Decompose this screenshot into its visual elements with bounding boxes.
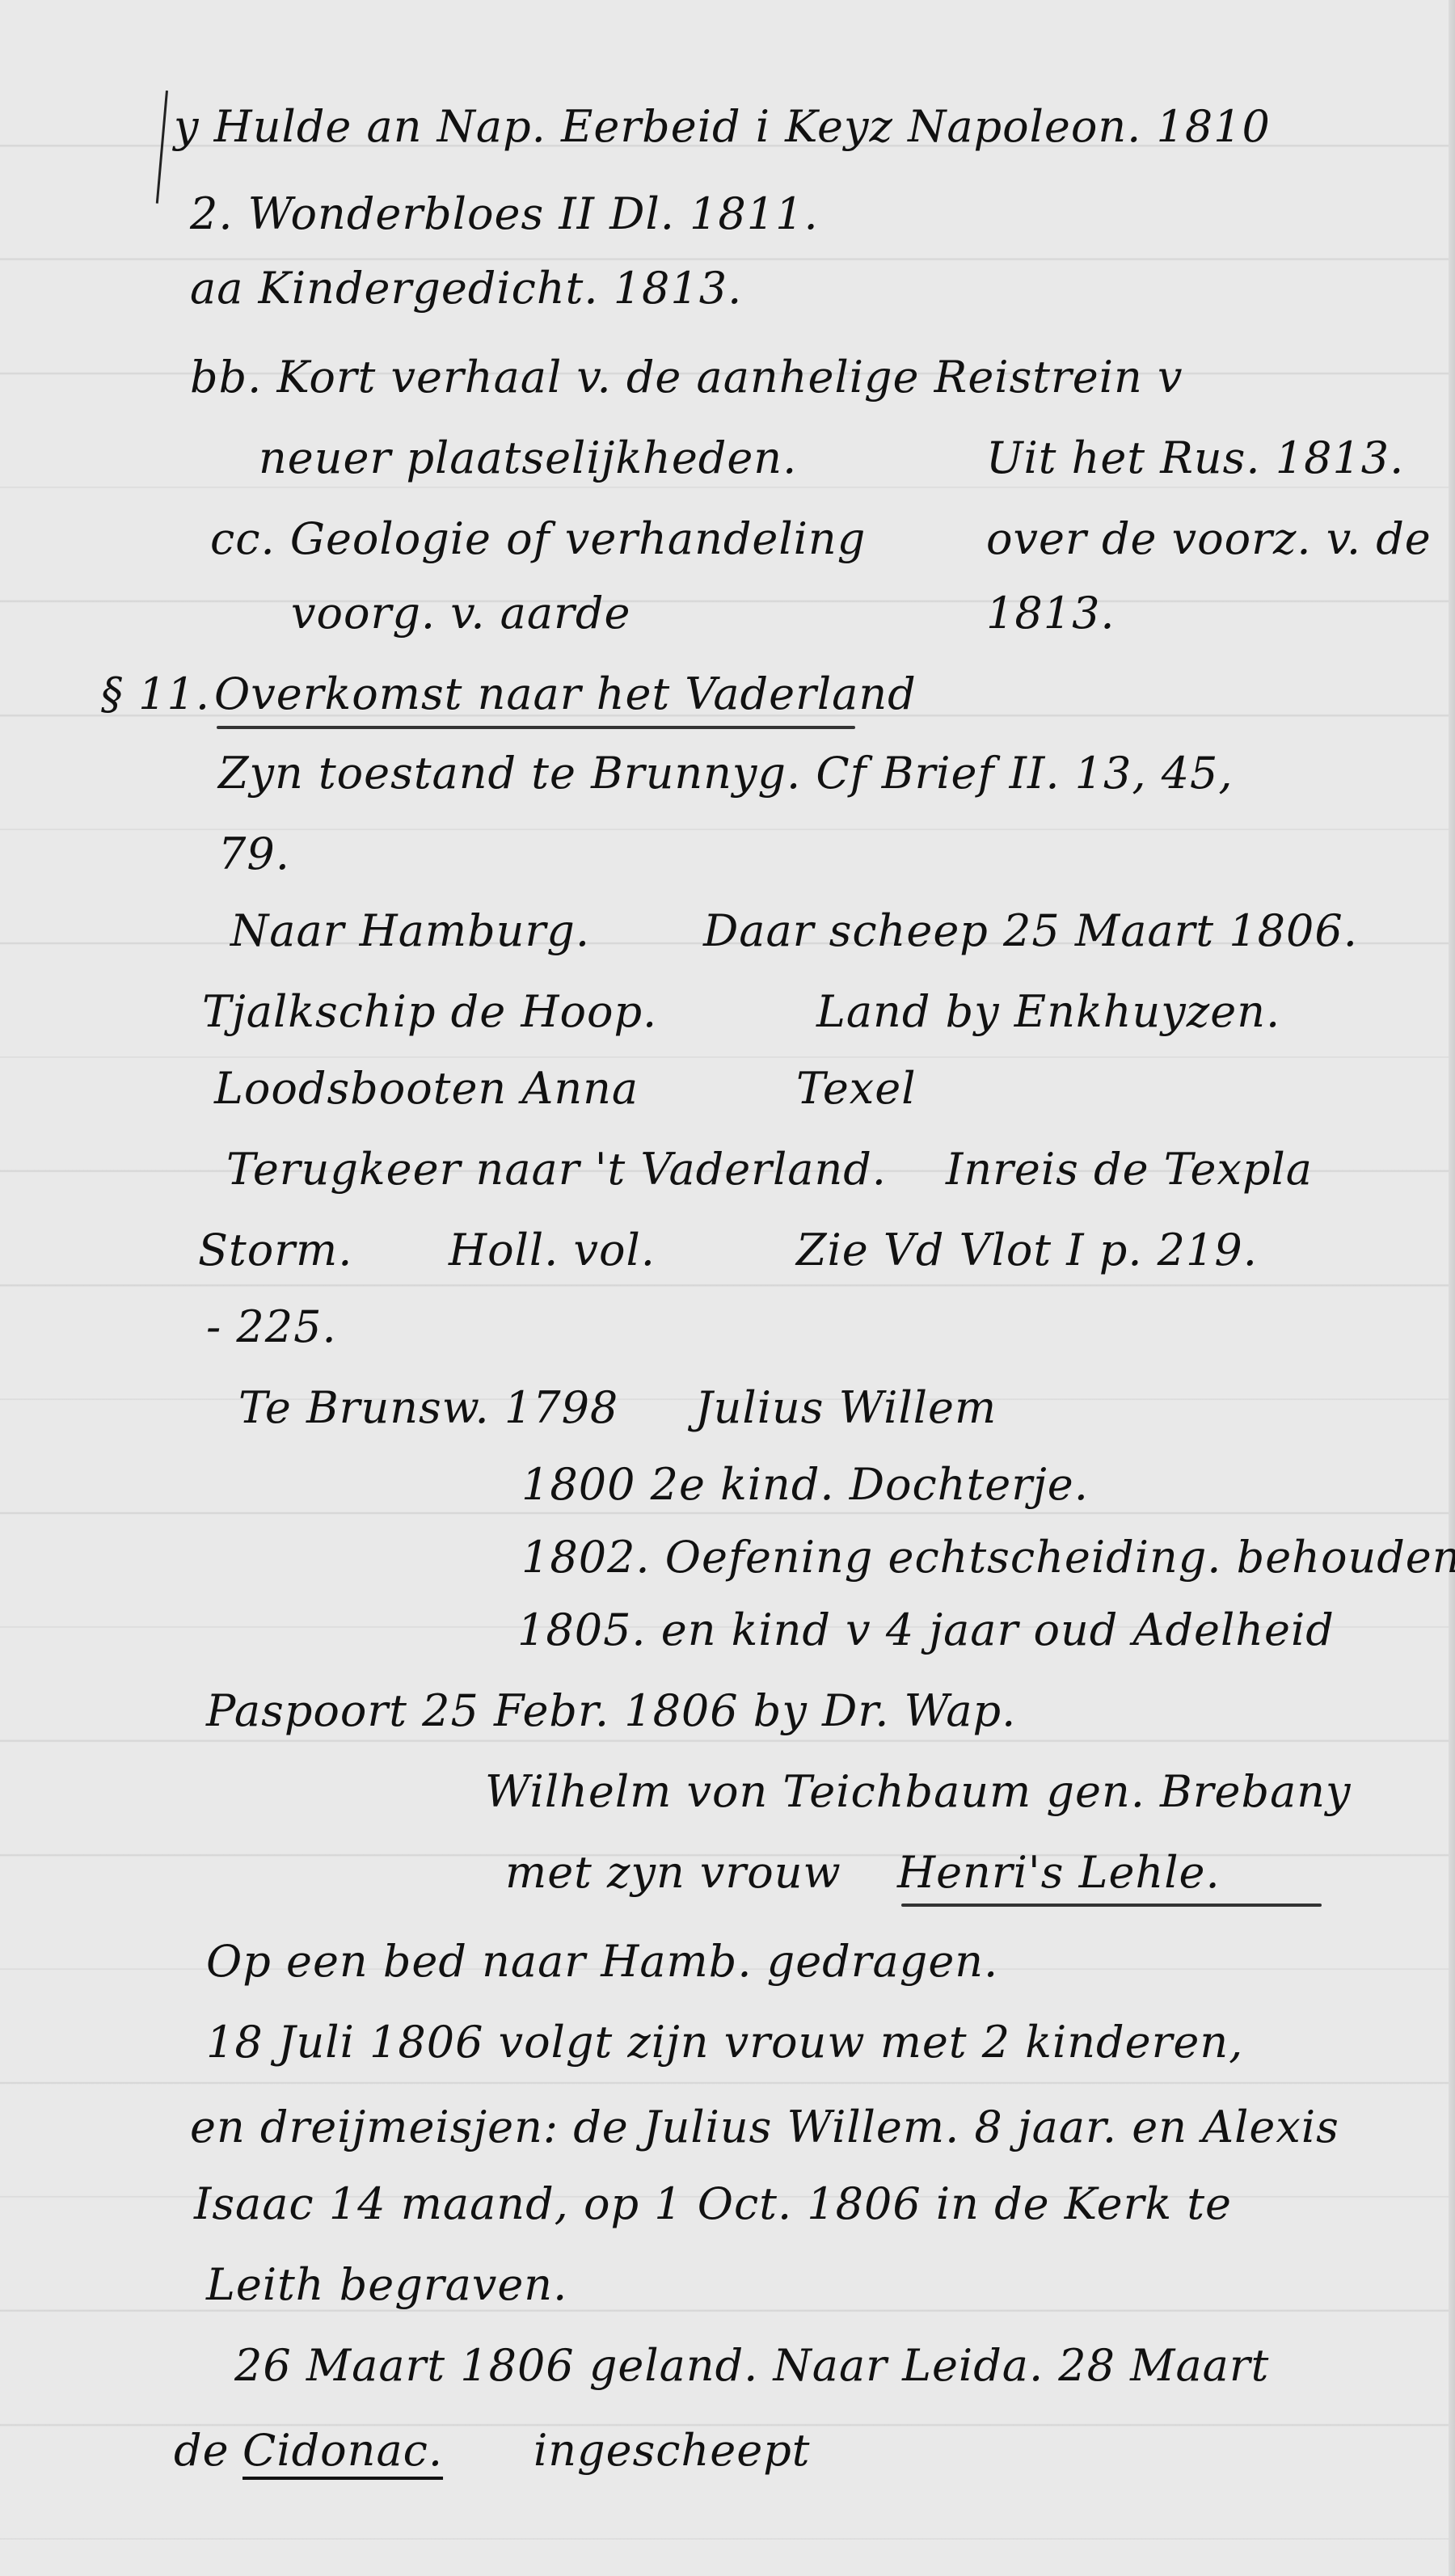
section-marker: § 11. <box>101 672 210 716</box>
manuscript-line: ingescheept <box>533 2429 811 2473</box>
manuscript-line: Cidonac. <box>242 2429 443 2473</box>
manuscript-line: 1800 2e kind. Dochterje. <box>521 1463 1089 1507</box>
manuscript-line: 1802. Oefening echtscheiding. behouden <box>521 1536 1455 1579</box>
manuscript-line: Paspoort 25 Febr. 1806 by Dr. Wap. <box>206 1689 1016 1733</box>
manuscript-line: Julius Willem <box>695 1386 997 1430</box>
manuscript-line: Isaac 14 maand, op 1 Oct. 1806 in de Ker… <box>194 2182 1232 2226</box>
margin-bracket <box>156 91 168 204</box>
manuscript-line: Holl. vol. <box>449 1229 656 1272</box>
manuscript-line: 1813. <box>986 592 1115 635</box>
manuscript-line: met zyn vrouw <box>505 1851 841 1895</box>
manuscript-line: Zyn toestand te Brunnyg. Cf Brief II. 13… <box>218 752 1234 795</box>
manuscript-line: Naar Hamburg. <box>230 909 590 953</box>
manuscript-line: Uit het Rus. 1813. <box>986 436 1404 480</box>
manuscript-line: aa Kindergedicht. 1813. <box>190 267 742 310</box>
manuscript-line: bb. Kort verhaal v. de aanhelige Reistre… <box>190 356 1183 399</box>
manuscript-line: Inreis de Texpla <box>946 1148 1313 1191</box>
manuscript-line: Loodsbooten Anna <box>214 1067 639 1111</box>
manuscript-line: Daar scheep 25 Maart 1806. <box>703 909 1358 953</box>
manuscript-line: Op een bed naar Hamb. gedragen. <box>206 1940 998 1984</box>
manuscript-line: 1805. en kind v 4 jaar oud Adelheid <box>517 1608 1335 1652</box>
manuscript-line: 26 Maart 1806 geland. Naar Leida. 28 Maa… <box>234 2344 1269 2388</box>
heading-underline <box>217 726 855 729</box>
manuscript-line: cc. Geologie of verhandeling <box>210 517 866 561</box>
manuscript-line: Land by Enkhuyzen. <box>816 990 1280 1034</box>
manuscript-line: en dreijmeisjen: de Julius Willem. 8 jaa… <box>190 2106 1339 2149</box>
manuscript-line: Te Brunsw. 1798 <box>238 1386 618 1430</box>
manuscript-line: Henri's Lehle. <box>897 1851 1221 1895</box>
manuscript-line: Leith begraven. <box>206 2263 567 2307</box>
page-edge <box>1449 0 1455 2576</box>
manuscript-line: voorg. v. aarde <box>291 592 630 635</box>
manuscript-line: Storm. <box>198 1229 352 1272</box>
manuscript-line: Wilhelm von Teichbaum gen. Brebany <box>485 1770 1352 1814</box>
manuscript-line: Texel <box>796 1067 916 1111</box>
manuscript-line: Zie Vd Vlot I p. 219. <box>796 1229 1258 1272</box>
manuscript-line: - 225. <box>206 1305 337 1349</box>
manuscript-line: neuer plaatselijkheden. <box>259 436 797 480</box>
manuscript-line: 2. Wonderbloes II Dl. 1811. <box>190 192 819 236</box>
manuscript-line: 18 Juli 1806 volgt zijn vrouw met 2 kind… <box>206 2021 1243 2064</box>
manuscript-line: Terugkeer naar 't Vaderland. <box>226 1148 887 1191</box>
manuscript-line: 79. <box>218 833 290 876</box>
section-heading: Overkomst naar het Vaderland <box>214 672 917 716</box>
manuscript-line: de <box>174 2429 230 2473</box>
manuscript-line: Tjalkschip de Hoop. <box>202 990 657 1034</box>
manuscript-page: y Hulde an Nap. Eerbeid i Keyz Napoleon.… <box>0 0 1455 2576</box>
name-underline <box>901 1904 1322 1907</box>
manuscript-line: over de voorz. v. de <box>986 517 1432 561</box>
manuscript-line: y Hulde an Nap. Eerbeid i Keyz Napoleon.… <box>174 105 1271 149</box>
